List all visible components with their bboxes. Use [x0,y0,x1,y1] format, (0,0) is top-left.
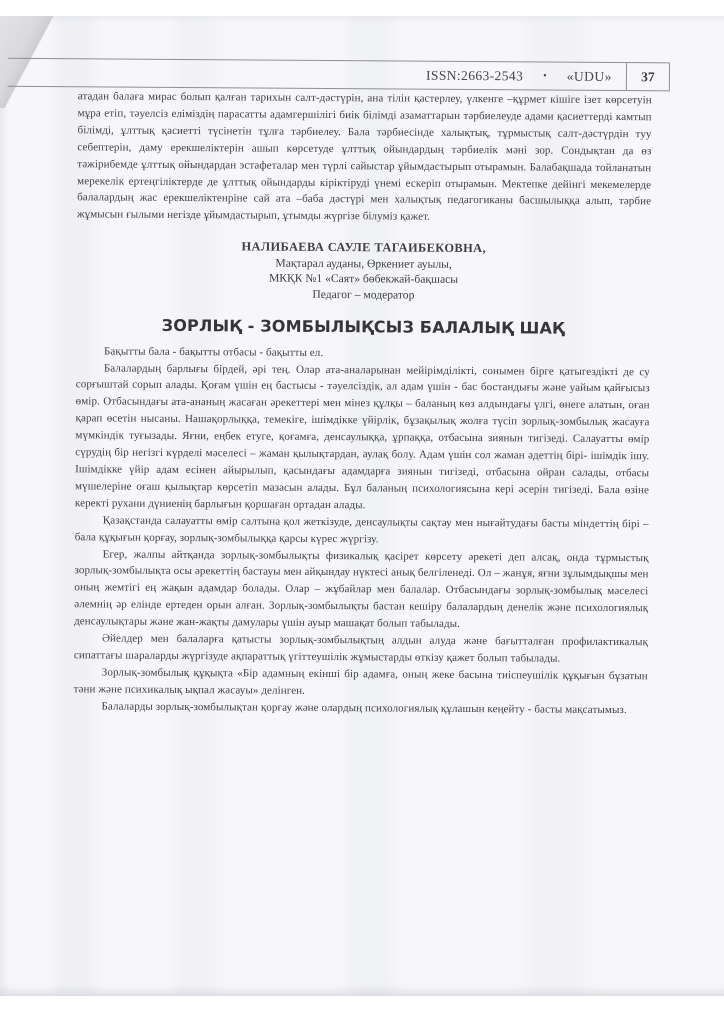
author-role: Педагог – модератор [76,285,650,305]
article-body: Бақытты бала - бақытты отбасы - бақытты … [73,343,650,719]
intro-paragraph: атадан балаға мирас болып қалған тарихын… [77,88,652,227]
author-block: НАЛИБАЕВА САУЛЕ ТАГАИБЕКОВНА, Мақтарал а… [76,239,650,305]
article-paragraph: Егер, жалпы айтқанда зорлық-зомбылықты ф… [74,546,649,635]
article-paragraph: Зорлық-зомбылық құқықта «Бір адамның екі… [74,664,648,702]
text-column: атадан балаға мирас болып қалған тарихын… [73,88,651,719]
separator-dot: • [543,71,547,82]
article-paragraph: Әйелдер мен балаларға қатысты зорлық-зом… [74,630,648,668]
journal-header: ISSN:2663-2543 • «UDU» 37 [8,58,670,92]
issn-label: ISSN:2663-2543 [426,67,523,84]
page-content: ISSN:2663-2543 • «UDU» 37 атадан балаға … [0,16,724,1001]
article-title: ЗОРЛЫҚ - ЗОМБЫЛЫҚСЫЗ БАЛАЛЫҚ ШАҚ [76,315,650,338]
page-number: 37 [626,63,670,90]
article-paragraph: Қазақстанда салауатты өмір салтына қол ж… [75,512,649,550]
journal-name: «UDU» [567,68,612,84]
journal-header-text: ISSN:2663-2543 • «UDU» [426,67,612,84]
article-paragraph: Балалардың барлығы бірдей, әрі тең. Олар… [75,360,650,516]
article-paragraph: Балаларды зорлық-зомбылықтан қорғау және… [73,698,647,719]
